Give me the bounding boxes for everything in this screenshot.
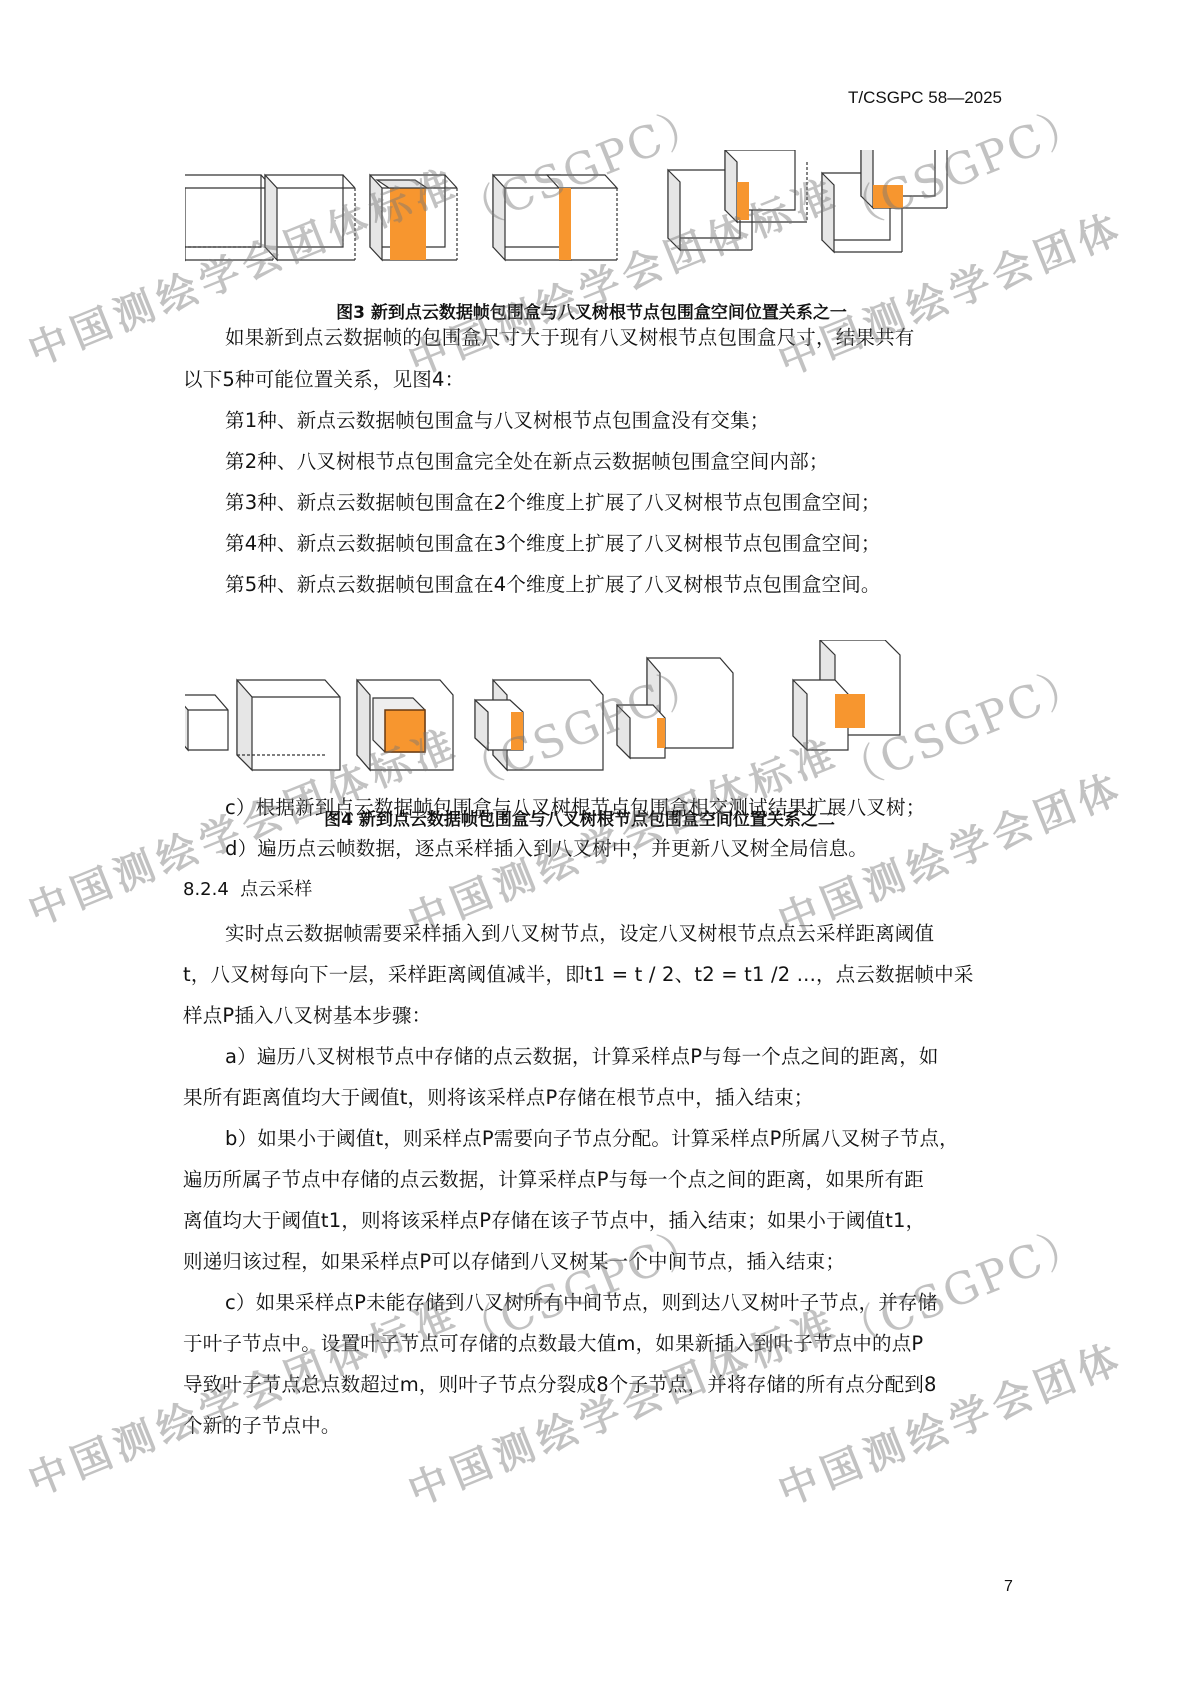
section-title: 点云采样	[240, 879, 312, 900]
step-a-line-2: 果所有距离值均大于阈值t，则将该采样点P存储在根节点中，插入结束；	[183, 1076, 1023, 1120]
step-c-line-1: c）如果采样点P未能存储到八叉树所有中间节点，则到达八叉树叶子节点，并存储	[183, 1281, 1023, 1325]
step-c-line-2: 于叶子节点中。设置叶子节点可存储的点数最大值m，如果新插入到叶子节点中的点P	[183, 1322, 1023, 1366]
case-5: 第5种、新点云数据帧包围盒在4个维度上扩展了八叉树根节点包围盒空间。	[183, 563, 1023, 607]
sampling-intro-1: 实时点云数据帧需要采样插入到八叉树节点，设定八叉树根节点点云采样距离阈值	[183, 912, 1023, 956]
step-d-traverse-frame: d）遍历点云帧数据，逐点采样插入到八叉树中，并更新八叉树全局信息。	[183, 827, 1023, 871]
case-1-panel	[185, 680, 340, 770]
intro-line-2: 以下5种可能位置关系，见图4：	[183, 358, 1023, 402]
section-number: 8.2.4	[183, 879, 229, 900]
step-c-extend-octree: c）根据新到点云数据帧包围盒与八叉树根节点包围盒相交测试结果扩展八叉树；	[183, 786, 1023, 830]
case-2-panel	[357, 680, 453, 770]
case-4: 第4种、新点云数据帧包围盒在3个维度上扩展了八叉树根节点包围盒空间；	[183, 522, 1023, 566]
panel-5-square-overlap	[822, 150, 947, 252]
bounding-box-diagram-1	[185, 150, 1025, 275]
panel-1-no-intersection	[185, 175, 355, 260]
standard-code: T/CSGPC 58—2025	[848, 88, 1002, 108]
step-b-line-3: 离值均大于阈值t1，则将该采样点P存储在该子节点中，插入结束；如果小于阈值t1，	[183, 1199, 1023, 1243]
case-3: 第3种、新点云数据帧包围盒在2个维度上扩展了八叉树根节点包围盒空间；	[183, 481, 1023, 525]
sampling-intro-2: t，八叉树每向下一层，采样距离阈值减半，即t1 = t / 2、t2 = t1 …	[183, 953, 1023, 997]
step-b-line-4: 则递归该过程，如果采样点P可以存储到八叉树某一个中间节点，插入结束；	[183, 1240, 1023, 1284]
panel-4-corner-overlap	[668, 150, 807, 250]
panel-2-contained	[370, 175, 457, 260]
figure-4-diagram	[185, 640, 1025, 775]
case-3-panel	[475, 680, 603, 770]
step-c-line-4: 个新的子节点中。	[183, 1404, 1023, 1448]
step-b-line-2: 遍历所属子节点中存储的点云数据，计算采样点P与每一个点之间的距离，如果所有距	[183, 1158, 1023, 1202]
case-1: 第1种、新点云数据帧包围盒与八叉树根节点包围盒没有交集；	[183, 399, 1023, 443]
page-number: 7	[1004, 1578, 1013, 1596]
bounding-box-diagram-2	[185, 640, 1025, 775]
step-b-line-1: b）如果小于阈值t，则采样点P需要向子节点分配。计算采样点P所属八叉树子节点，	[183, 1117, 1023, 1161]
section-heading: 8.2.4 点云采样	[183, 875, 312, 901]
figure-3-diagram	[185, 150, 1025, 275]
sampling-intro-3: 样点P插入八叉树基本步骤：	[183, 994, 1023, 1038]
case-5-panel	[793, 640, 900, 750]
step-c-line-3: 导致叶子节点总点数超过m，则叶子节点分裂成8个子节点，并将存储的所有点分配到8	[183, 1363, 1023, 1407]
case-2: 第2种、八叉树根节点包围盒完全处在新点云数据帧包围盒空间内部；	[183, 440, 1023, 484]
step-a-line-1: a）遍历八叉树根节点中存储的点云数据，计算采样点P与每一个点之间的距离，如	[183, 1035, 1023, 1079]
panel-3-overlap-one-side	[493, 175, 617, 260]
case-4-panel	[617, 658, 733, 758]
intro-line-1: 如果新到点云数据帧的包围盒尺寸大于现有八叉树根节点包围盒尺寸，结果共有	[183, 316, 1023, 360]
